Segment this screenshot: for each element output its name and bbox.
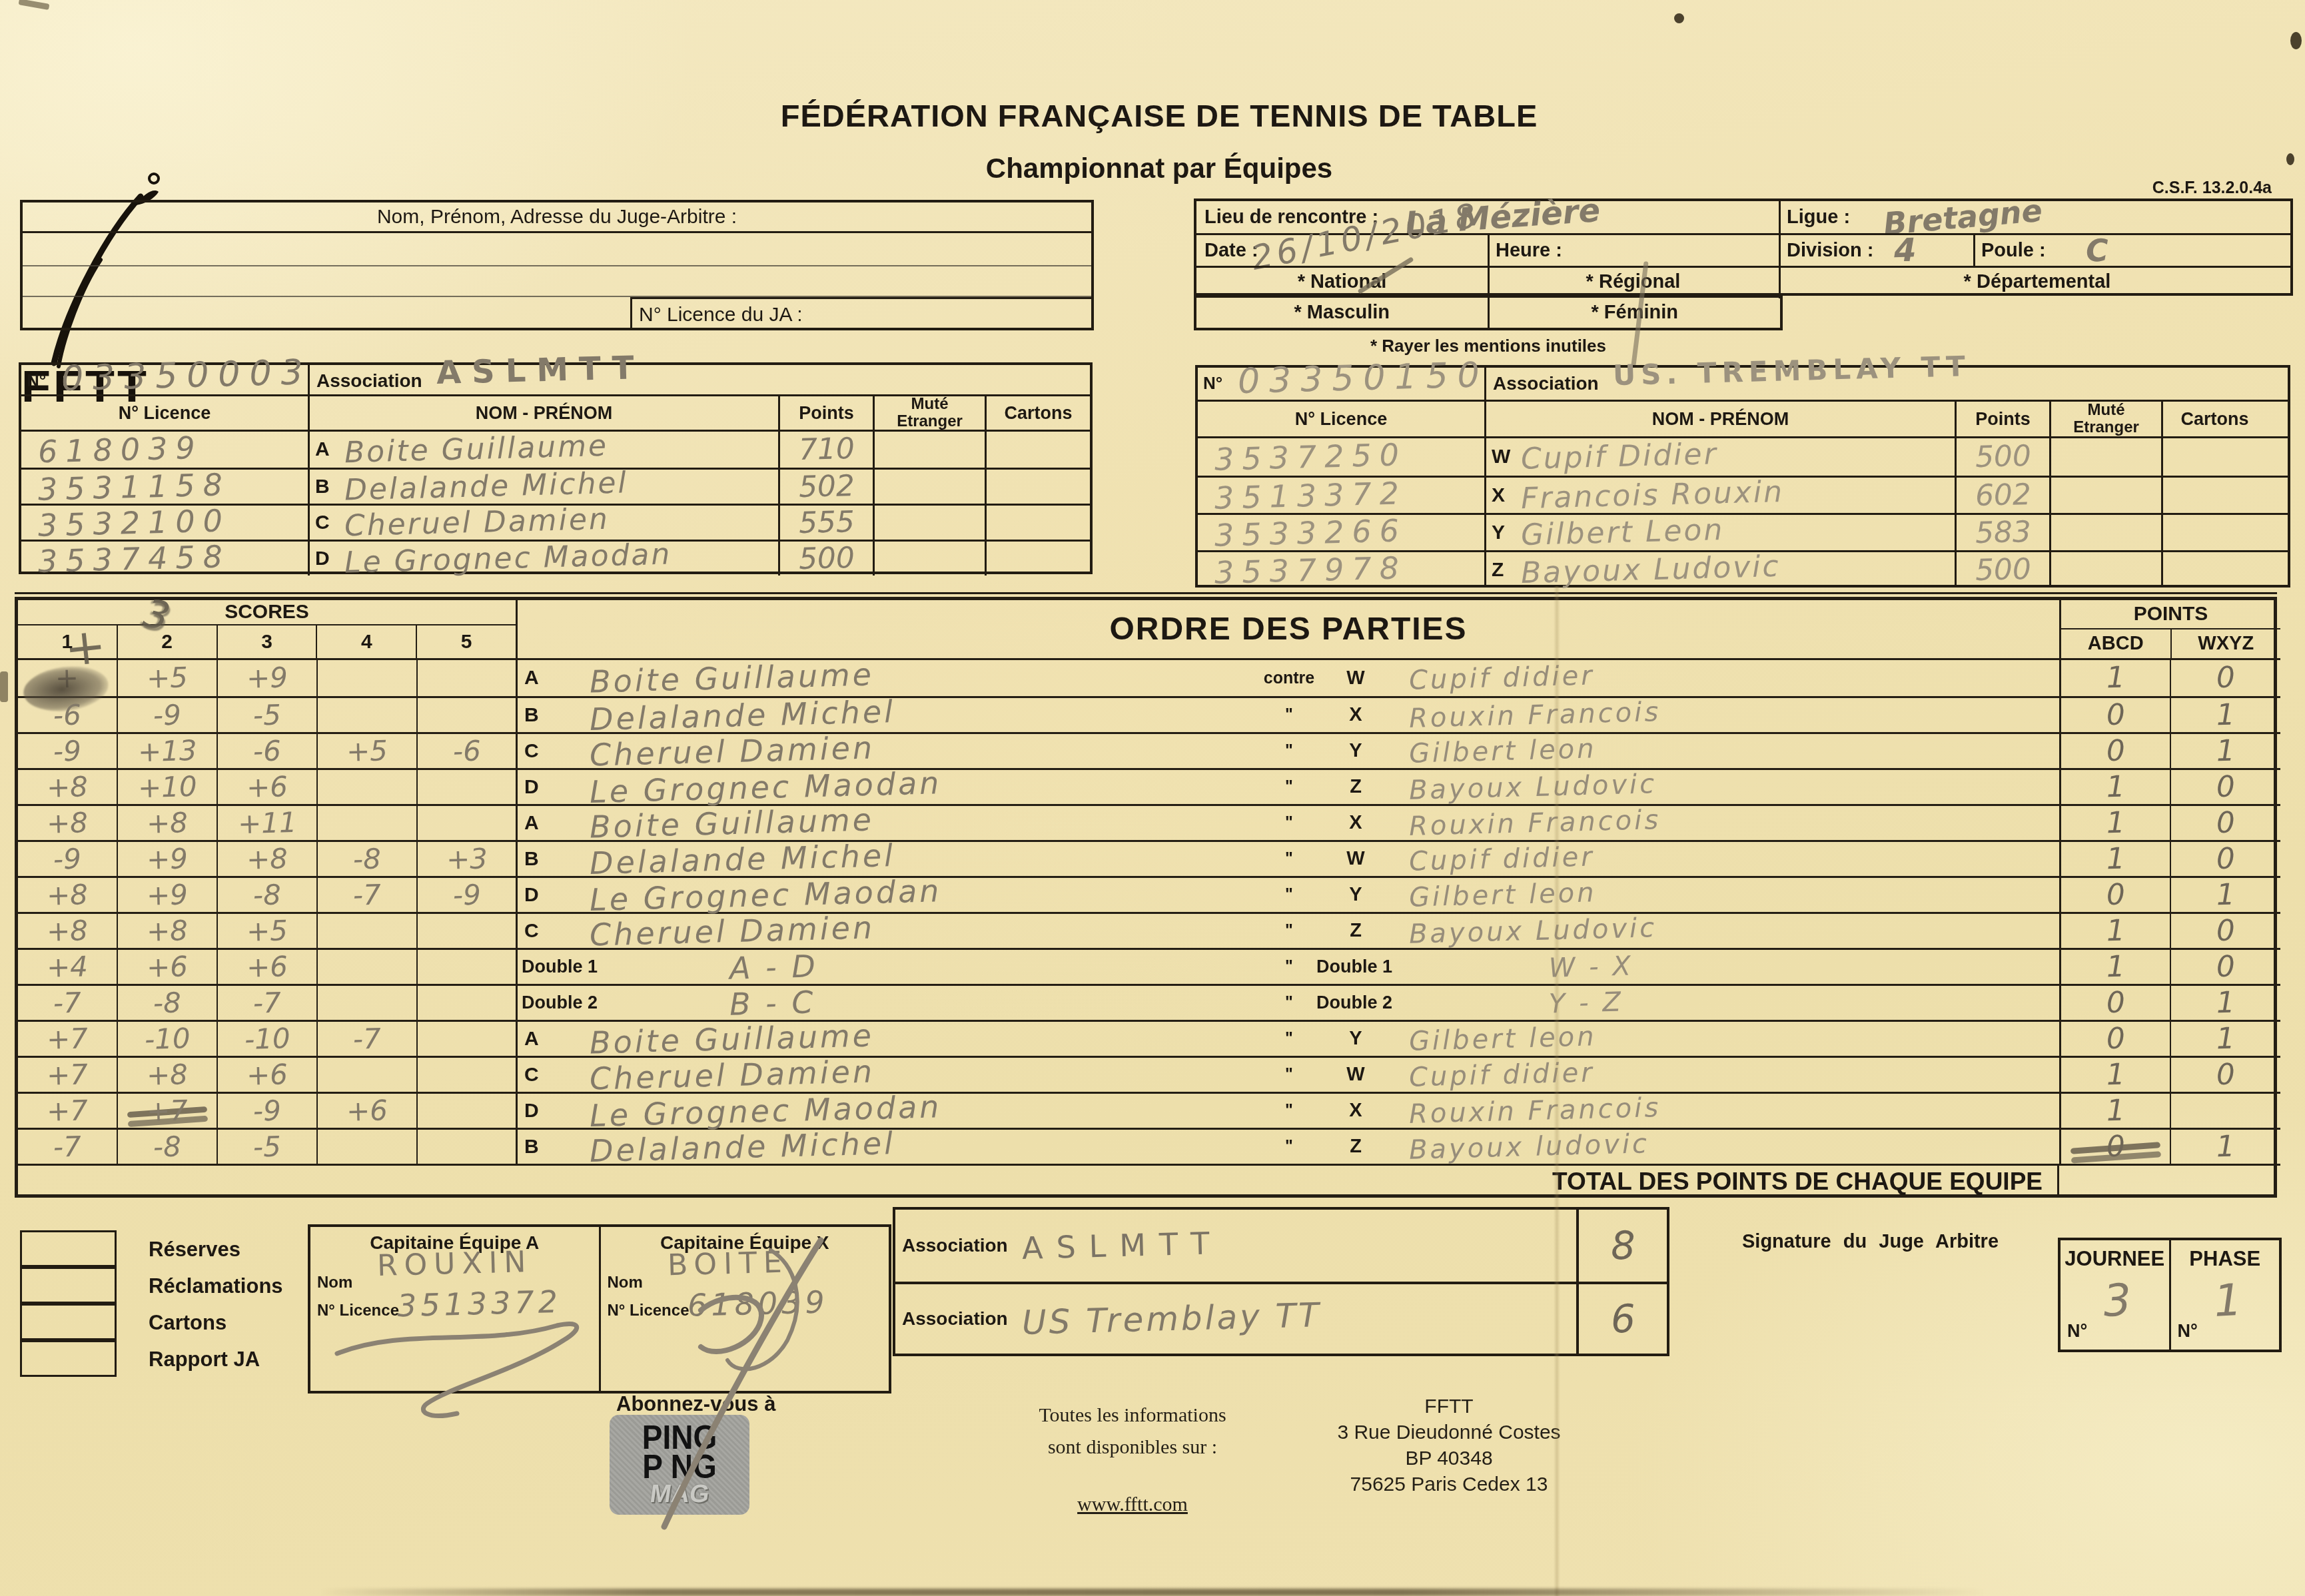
col-licence: N° Licence [1198,402,1484,436]
points-abcd-value: 1 [2106,1096,2125,1126]
home-player-handwritten: Le Grognec Maodan [589,875,941,915]
home-letter: C [518,1058,556,1092]
col-mute-line1: Muté [911,396,949,413]
away-player-handwritten: Rouxin Francois [1409,699,1661,732]
score-set-2: -9 [118,698,218,732]
points-abcd-cell: 1 [2059,660,2170,696]
points-abcd-value: 1 [2106,1060,2125,1090]
away-letter: W [1329,842,1376,876]
score-set-4: +6 [318,1094,418,1128]
subscribe-label: Abonnez-vous à [616,1392,775,1416]
away-player-handwritten: Rouxin Francois [1409,1094,1661,1128]
away-letter: Double 2 [1329,986,1376,1020]
player-points-handwritten: 500 [798,543,855,574]
score-set-5 [418,698,518,732]
player-letter: A [315,438,344,461]
score-value: +9 [146,881,188,910]
points-wxyz-value: 0 [2216,808,2235,838]
away-letter: W [1329,1058,1376,1092]
away-player-cell: Rouxin Francois [1376,1094,2059,1128]
points-wxyz-value: 0 [2216,663,2235,693]
scan-artifact [2290,32,2302,49]
player-name-handwritten: Le Grognec Maodan [344,540,672,578]
score-value: -7 [353,881,382,909]
score-value: +8 [146,809,188,838]
points-wxyz-value: 0 [2216,1060,2235,1090]
player-letter: X [1492,484,1521,507]
away-player-handwritten: Cupif didier [1409,843,1596,875]
away-letter: Z [1329,914,1376,948]
heure-cell: Heure : [1488,235,1779,266]
points-abcd-value: 0 [2106,736,2125,766]
score-value: + [55,664,79,693]
points-abcd-value: 1 [2106,808,2125,838]
score-set-4 [318,914,418,948]
score-value: +6 [346,1096,388,1126]
checklist-row: Réclamations [20,1268,283,1304]
captain-a-name-handwritten: ROUXIN [376,1248,533,1281]
score-set-4 [318,1058,418,1092]
score-value: -10 [244,1024,290,1054]
player-cartons-cell [985,542,1090,576]
player-points-handwritten: 500 [1975,442,2031,472]
home-letter: D [518,1094,556,1128]
player-name-handwritten: Cupif Didier [1520,440,1718,474]
score-value: +9 [246,663,288,693]
away-player-cell: Cupif didier [1376,1058,2059,1092]
score-value: +13 [137,736,197,765]
contre-mark: " [1249,1058,1329,1092]
home-player-cell: Le Grognec Maodan [556,878,1249,912]
scan-artifact [19,0,50,10]
player-row: 618039 A Boite Guillaume 710 [21,432,1090,468]
score-value: +8 [46,809,88,838]
score-set-1: + [18,660,118,696]
points-wxyz-cell: 0 [2170,1058,2280,1092]
player-licence-handwritten: 3537458 [37,541,230,577]
home-player-handwritten: Cheruel Damien [589,1056,875,1094]
player-letter: Z [1492,559,1521,582]
captain-x-signature [601,1227,887,1394]
score-value: +3 [446,845,488,874]
player-licence-handwritten: 3537250 [1214,439,1407,475]
points-abcd-cell: 1 [2059,1058,2170,1092]
score-value: +5 [246,917,288,946]
captain-a-signature [317,1307,597,1407]
home-letter: Double 2 [518,986,556,1020]
player-cartons-cell [2161,438,2266,476]
player-mute-cell [873,542,985,576]
player-licence-handwritten: 3533266 [1214,515,1407,551]
points-wxyz-value: 1 [2216,736,2235,766]
score-value: -6 [253,737,282,765]
away-player-cell: W - X [1376,950,2059,984]
score-set-5 [418,1058,518,1092]
player-licence-handwritten: 3532100 [37,505,230,541]
score-set-1: +8 [18,878,118,912]
nom-label: Nom [317,1274,352,1292]
match-row: + +5 +9 A Boite Guillaume contre W Cupif… [18,660,2280,696]
match-row: -6 -9 -5 B Delalande Michel " X Rouxin F… [18,696,2280,732]
points-wxyz-cell: 1 [2170,878,2280,912]
association-score-handwritten: 6 [1610,1300,1635,1339]
association-name-handwritten: ASLMTT [1021,1228,1222,1264]
contre-mark: " [1249,1022,1329,1056]
points-wxyz-value: 0 [2216,844,2235,874]
captains-box: Capitaine Équipe A Nom N° Licence ROUXIN… [308,1224,891,1394]
player-letter: D [315,548,344,570]
score-set-3: -5 [218,698,318,732]
points-abcd-cell: 0 [2059,878,2170,912]
score-value: +6 [146,953,188,982]
score-value: -5 [253,1132,282,1161]
form-reference: C.S.F. 13.2.0.4a [2065,179,2272,198]
feminin-option: * Féminin [1488,298,1781,328]
player-mute-cell [2049,478,2161,513]
home-letter: B [518,842,556,876]
away-player-handwritten: Bayoux Ludovic [1409,915,1657,948]
col-mute-line2: Etranger [2073,419,2139,436]
score-set-5: -6 [418,734,518,768]
score-set-1: +8 [18,914,118,948]
away-player-handwritten: W - X [1548,953,1633,981]
scanned-match-sheet: FFTT FÉDÉRATION FRANÇAISE DE TENNIS DE T… [0,0,2305,1596]
contre-mark: " [1249,878,1329,912]
scan-artifact [320,1589,1985,1596]
captain-a-section: Capitaine Équipe A Nom N° Licence ROUXIN… [310,1227,599,1391]
home-player-cell: Boite Guillaume [556,660,1249,696]
score-value: -5 [253,701,282,729]
away-player-handwritten: Gilbert leon [1409,735,1598,767]
player-points-handwritten: 710 [798,434,855,465]
points-abcd-value: 1 [2106,952,2125,982]
match-row: -9 +9 +8 -8 +3 B Delalande Michel " W Cu… [18,840,2280,876]
score-set-2: +10 [118,770,218,804]
home-letter: D [518,878,556,912]
away-player-handwritten: Cupif didier [1409,1059,1596,1090]
points-abcd-cell: 1 [2059,842,2170,876]
col-mute-line2: Etranger [897,413,963,430]
points-abcd-cell: 1 [2059,914,2170,948]
checkbox [20,1230,117,1267]
score-value: +7 [46,1096,88,1126]
score-set-4 [318,986,418,1020]
association-score-cell: 8 [1576,1210,1667,1282]
header-titles: FÉDÉRATION FRANÇAISE DE TENNIS DE TABLE … [560,97,1759,185]
team-x-box: N° 03350150 Association US. TREMBLAY TT … [1195,365,2290,588]
player-letter: W [1492,446,1521,468]
score-set-2: +9 [118,878,218,912]
score-value: +7 [46,1024,88,1054]
contre-mark: " [1249,698,1329,732]
points-abcd-cell: 0 [2059,734,2170,768]
points-abcd-value: 1 [2106,916,2125,946]
admin-checklist: Réserves Réclamations Cartons Rapport JA [20,1231,283,1378]
division-cell: Division : 4 [1779,235,1973,266]
score-set-1: +7 [18,1022,118,1056]
scan-artifact [1674,13,1684,23]
player-cartons-cell [985,506,1090,540]
home-letter: A [518,660,556,696]
order-title: ORDRE DES PARTIES [518,600,2059,660]
player-points-handwritten: 500 [1975,554,2031,585]
score-value: +8 [146,917,188,946]
score-value: +5 [146,663,188,693]
away-letter: Double 1 [1329,950,1376,984]
checkbox [20,1267,117,1304]
score-set-4 [318,950,418,984]
score-set-5 [418,806,518,840]
score-set-5 [418,1022,518,1056]
score-set-2: +8 [118,1058,218,1092]
match-row: -7 -8 -5 B Delalande Michel " Z Bayoux l… [18,1128,2280,1164]
score-set-1: +4 [18,950,118,984]
score-set-5 [418,986,518,1020]
player-mute-cell [2049,515,2161,550]
col-cartons: Cartons [985,396,1090,430]
points-wxyz-value: 0 [2216,772,2235,802]
score-set-3: -5 [218,1130,318,1164]
score-value: -6 [452,737,481,765]
away-letter: Z [1329,1130,1376,1164]
home-letter: C [518,914,556,948]
score-set-4 [318,1130,418,1164]
home-letter: B [518,1130,556,1164]
captain-x-section: Capitaine Équipe X Nom N° Licence BOITE … [599,1227,889,1391]
home-player-handwritten: B - C [729,987,816,1019]
score-set-5 [418,1094,518,1128]
away-player-cell: Y - Z [1376,986,2059,1020]
match-row: +8 +9 -8 -7 -9 D Le Grognec Maodan " Y G… [18,876,2280,912]
points-wxyz-value: 1 [2216,700,2235,730]
score-set-4: -7 [318,878,418,912]
home-player-cell: Cheruel Damien [556,914,1249,948]
poule-label: Poule : [1981,240,2046,262]
player-name-handwritten: Boite Guillaume [344,432,608,468]
home-player-cell: Cheruel Damien [556,734,1249,768]
player-row: 3537250 W Cupif Didier 500 [1198,438,2288,476]
checklist-label: Réserves [149,1238,240,1262]
match-row: +8 +10 +6 D Le Grognec Maodan " Z Bayoux… [18,768,2280,804]
score-set-4: -7 [318,1022,418,1056]
points-wxyz-value: 0 [2216,952,2235,982]
score-value: -9 [153,701,182,729]
judge-referee-box: Nom, Prénom, Adresse du Juge-Arbitre : N… [20,200,1094,330]
player-points-handwritten: 602 [1975,480,2031,510]
judge-signature-label: Signature du Juge Arbitre [1742,1231,2022,1253]
association-row: Association ASLMTT 8 [895,1210,1667,1282]
away-player-handwritten: Cupif didier [1409,662,1596,693]
heure-label: Heure : [1496,240,1562,262]
player-row: 3532100 C Cheruel Damien 555 [21,504,1090,540]
score-set-3: +5 [218,914,318,948]
points-abcd-cell: 1 [2059,806,2170,840]
player-mute-cell [873,506,985,540]
poule-cell: Poule : C [1973,235,2296,266]
home-letter: A [518,806,556,840]
association-rows: Association ASLMTT 8 Association US Trem… [895,1210,1667,1354]
points-wxyz-cell [2170,1094,2280,1128]
home-letter: Double 1 [518,950,556,984]
score-set-5 [418,770,518,804]
score-set-4 [318,698,418,732]
score-value: -7 [253,989,282,1017]
score-set-3: -6 [218,734,318,768]
home-player-cell: Cheruel Damien [556,1058,1249,1092]
contre-mark: " [1249,806,1329,840]
match-row: +8 +8 +5 C Cheruel Damien " Z Bayoux Lud… [18,912,2280,948]
points-abcd-cell: 1 [2059,950,2170,984]
col-mute-line1: Muté [2088,402,2125,419]
points-col-headers: ABCDWXYZ [2059,629,2280,660]
strike-note: * Rayer les mentions inutiles [1194,336,1783,356]
home-letter: C [518,734,556,768]
away-player-cell: Cupif didier [1376,842,2059,876]
score-set-2: -10 [118,1022,218,1056]
score-set-2: -8 [118,1130,218,1164]
away-player-cell: Gilbert leon [1376,1022,2059,1056]
score-value: -9 [253,1096,282,1125]
team-a-players: 618039 A Boite Guillaume 710 3531158 B D… [21,432,1090,576]
score-value: -7 [53,989,82,1017]
home-player-cell: Le Grognec Maodan [556,1094,1249,1128]
score-value: -10 [144,1024,191,1054]
away-player-handwritten: Rouxin Francois [1409,807,1661,840]
team-a-association-label: Association [316,370,422,391]
checklist-row: Cartons [20,1304,283,1341]
away-player-cell: Bayoux ludovic [1376,1130,2059,1164]
association-score-handwritten: 8 [1610,1226,1635,1266]
match-row: +7 +8 +6 C Cheruel Damien " W Cupif didi… [18,1056,2280,1092]
player-points-handwritten: 555 [798,507,855,538]
col-licence: N° Licence [21,396,308,430]
score-set-3: -10 [218,1022,318,1056]
points-wxyz-value: 1 [2216,1024,2235,1054]
col-cartons: Cartons [2161,402,2266,436]
points-wxyz-cell: 1 [2170,986,2280,1020]
contre-mark: " [1249,1130,1329,1164]
player-row: 3537978 Z Bayoux Ludovic 500 [1198,550,2288,588]
home-player-handwritten: Delalande Michel [589,1128,895,1166]
home-player-handwritten: Delalande Michel [589,696,895,735]
score-set-3: +6 [218,950,318,984]
points-wxyz-cell: 0 [2170,914,2280,948]
away-letter: W [1329,660,1376,696]
points-abcd-value: 0 [2106,700,2125,730]
journee-n-label: N° [2067,1321,2087,1342]
player-mute-cell [873,470,985,504]
score-value: +10 [137,772,197,801]
team-x-association-handwritten: US. TREMBLAY TT [1613,352,1971,390]
away-player-handwritten: Gilbert leon [1409,1023,1598,1054]
away-letter: Y [1329,1022,1376,1056]
points-wxyz-cell: 1 [2170,698,2280,732]
points-wxyz-cell: 0 [2170,842,2280,876]
match-rows: + +5 +9 A Boite Guillaume contre W Cupif… [18,660,2280,1164]
journee-value-handwritten: 3 [2102,1278,2132,1324]
score-set-4: +5 [318,734,418,768]
score-value: +6 [246,1060,288,1090]
player-points-handwritten: 583 [1975,517,2031,548]
home-letter: A [518,1022,556,1056]
points-wxyz-cell: 0 [2170,660,2280,696]
home-player-cell: A - D [556,950,1249,984]
score-set-1: -6 [18,698,118,732]
player-mute-cell [2049,552,2161,588]
score-value: +5 [346,737,388,766]
departemental-option: * Départemental [1779,268,2296,296]
set-number: 4 [317,625,417,658]
player-cartons-cell [2161,552,2266,588]
score-set-1: -7 [18,1130,118,1164]
home-player-handwritten: Boite Guillaume [589,659,874,697]
score-set-4 [318,770,418,804]
player-name-handwritten: Gilbert Leon [1520,516,1724,550]
away-player-cell: Cupif didier [1376,660,2059,696]
poule-value-handwritten: C [2085,235,2108,266]
masculin-option: * Masculin [1196,298,1488,328]
division-value-handwritten: 4 [1893,234,1917,267]
col-mute-etranger: Muté Etranger [873,396,985,430]
score-set-3: +6 [218,770,318,804]
score-value: +6 [246,953,288,982]
player-letter: B [315,476,344,498]
score-value: +8 [46,773,88,802]
score-set-2: +5 [118,660,218,696]
set-number: 5 [417,625,518,658]
score-set-3: +11 [218,806,318,840]
away-player-cell: Bayoux Ludovic [1376,770,2059,804]
score-value: +4 [46,953,88,982]
home-player-cell: Le Grognec Maodan [556,770,1249,804]
points-wxyz-cell: 0 [2170,950,2280,984]
player-row: 3537458 D Le Grognec Maodan 500 [21,540,1090,576]
score-set-5: +3 [418,842,518,876]
checklist-label: Réclamations [149,1274,283,1298]
player-licence-handwritten: 3537978 [1214,552,1407,588]
away-player-cell: Bayoux Ludovic [1376,914,2059,948]
checklist-label: Cartons [149,1311,227,1335]
points-title: POINTS [2059,600,2280,629]
association-name-handwritten: US Tremblay TT [1021,1298,1322,1340]
score-set-2: +7 [118,1094,218,1128]
away-player-cell: Rouxin Francois [1376,806,2059,840]
phase-cell: PHASE N° 1 [2169,1240,2280,1350]
team-x-numero-handwritten: 03350150 [1237,358,1489,399]
team-a-box: N° 03350003 Association ASLMTT N° Licenc… [19,362,1093,574]
score-value: +7 [146,1096,188,1126]
score-set-3: +6 [218,1058,318,1092]
score-value: -9 [452,881,481,909]
score-set-1: -9 [18,734,118,768]
score-set-2: -8 [118,986,218,1020]
score-set-1: -7 [18,986,118,1020]
score-value: +11 [237,808,297,837]
team-a-association-handwritten: ASLMTT [436,352,645,389]
home-letter: D [518,770,556,804]
home-player-cell: Delalande Michel [556,698,1249,732]
score-value: +9 [146,845,188,874]
journee-phase-box: JOURNEE N° 3 PHASE N° 1 [2058,1238,2282,1352]
checklist-row: Réserves [20,1231,283,1268]
total-value-cell [2059,1166,2280,1198]
match-info-box: Lieu de rencontre : La Mézière Ligue : B… [1194,199,2293,296]
contre-mark: " [1249,842,1329,876]
score-value: +8 [146,1060,188,1090]
away-player-handwritten: Bayoux ludovic [1409,1130,1650,1163]
match-row: +7 +7 -9 +6 D Le Grognec Maodan " X Roux… [18,1092,2280,1128]
points-abcd-value: 0 [2106,1132,2125,1162]
